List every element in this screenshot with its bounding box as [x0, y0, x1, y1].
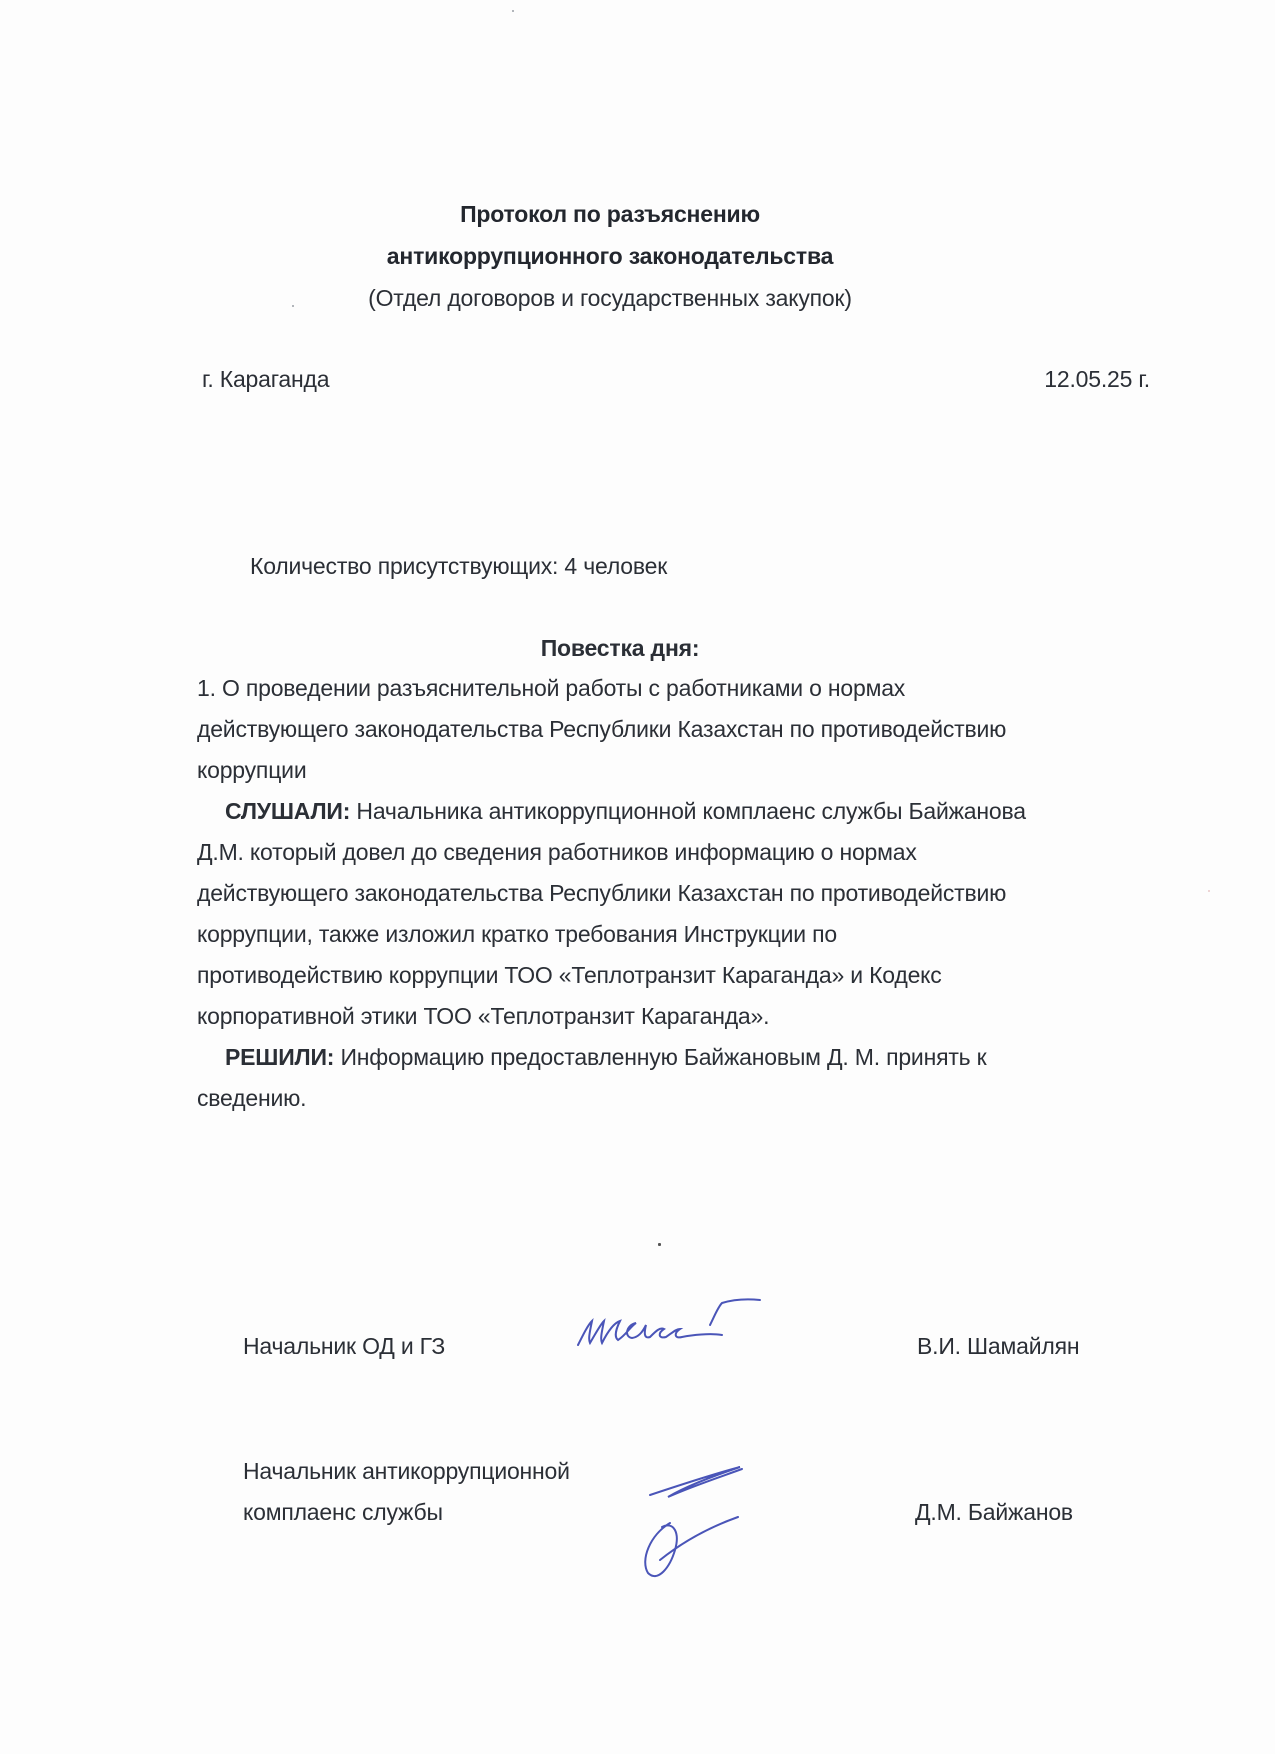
document-title-line1: Протокол по разъяснению — [0, 199, 1220, 229]
attendance-count: Количество присутствующих: 4 человек — [250, 551, 667, 581]
scan-speck — [1208, 890, 1210, 892]
agenda-item-line: 1. О проведении разъяснительной работы с… — [197, 673, 905, 703]
heard-text: Начальника антикоррупционной комплаенс с… — [350, 798, 1026, 824]
decided-line: сведению. — [197, 1083, 306, 1113]
signatory-position: Начальник антикоррупционной — [243, 1456, 570, 1486]
decided-text: Информацию предоставленную Байжановым Д.… — [334, 1044, 986, 1070]
heard-line: противодействию коррупции ТОО «Теплотран… — [197, 960, 942, 990]
document-title-line2: антикоррупционного законодательства — [0, 241, 1220, 271]
heard-line: действующего законодательства Республики… — [197, 878, 1006, 908]
heard-label: СЛУШАЛИ: — [225, 798, 350, 824]
signatory-position: Начальник ОД и ГЗ — [243, 1331, 445, 1361]
agenda-heading: Повестка дня: — [0, 633, 1240, 663]
scan-speck — [512, 10, 514, 12]
document-subtitle: (Отдел договоров и государственных закуп… — [0, 283, 1220, 313]
signature-icon — [570, 1285, 800, 1365]
scan-speck — [658, 1243, 661, 1246]
heard-line: коррупции, также изложил кратко требован… — [197, 919, 837, 949]
agenda-item-line: действующего законодательства Республики… — [197, 714, 1006, 744]
signatory-position: комплаенс службы — [243, 1497, 443, 1527]
heard-first-line: СЛУШАЛИ: Начальника антикоррупционной ко… — [225, 796, 1026, 826]
heard-line: Д.М. который довел до сведения работнико… — [197, 837, 917, 867]
document-city: г. Караганда — [202, 364, 329, 394]
signatory-name: В.И. Шамайлян — [917, 1331, 1079, 1361]
agenda-item-line: коррупции — [197, 755, 306, 785]
signatory-name: Д.М. Байжанов — [915, 1497, 1073, 1527]
decided-first-line: РЕШИЛИ: Информацию предоставленную Байжа… — [225, 1042, 987, 1072]
decided-label: РЕШИЛИ: — [225, 1044, 334, 1070]
document-page: Протокол по разъяснению антикоррупционно… — [0, 0, 1275, 1754]
signature-icon — [630, 1455, 780, 1585]
heard-line: корпоративной этики ТОО «Теплотранзит Ка… — [197, 1001, 769, 1031]
document-date: 12.05.25 г. — [900, 364, 1150, 394]
